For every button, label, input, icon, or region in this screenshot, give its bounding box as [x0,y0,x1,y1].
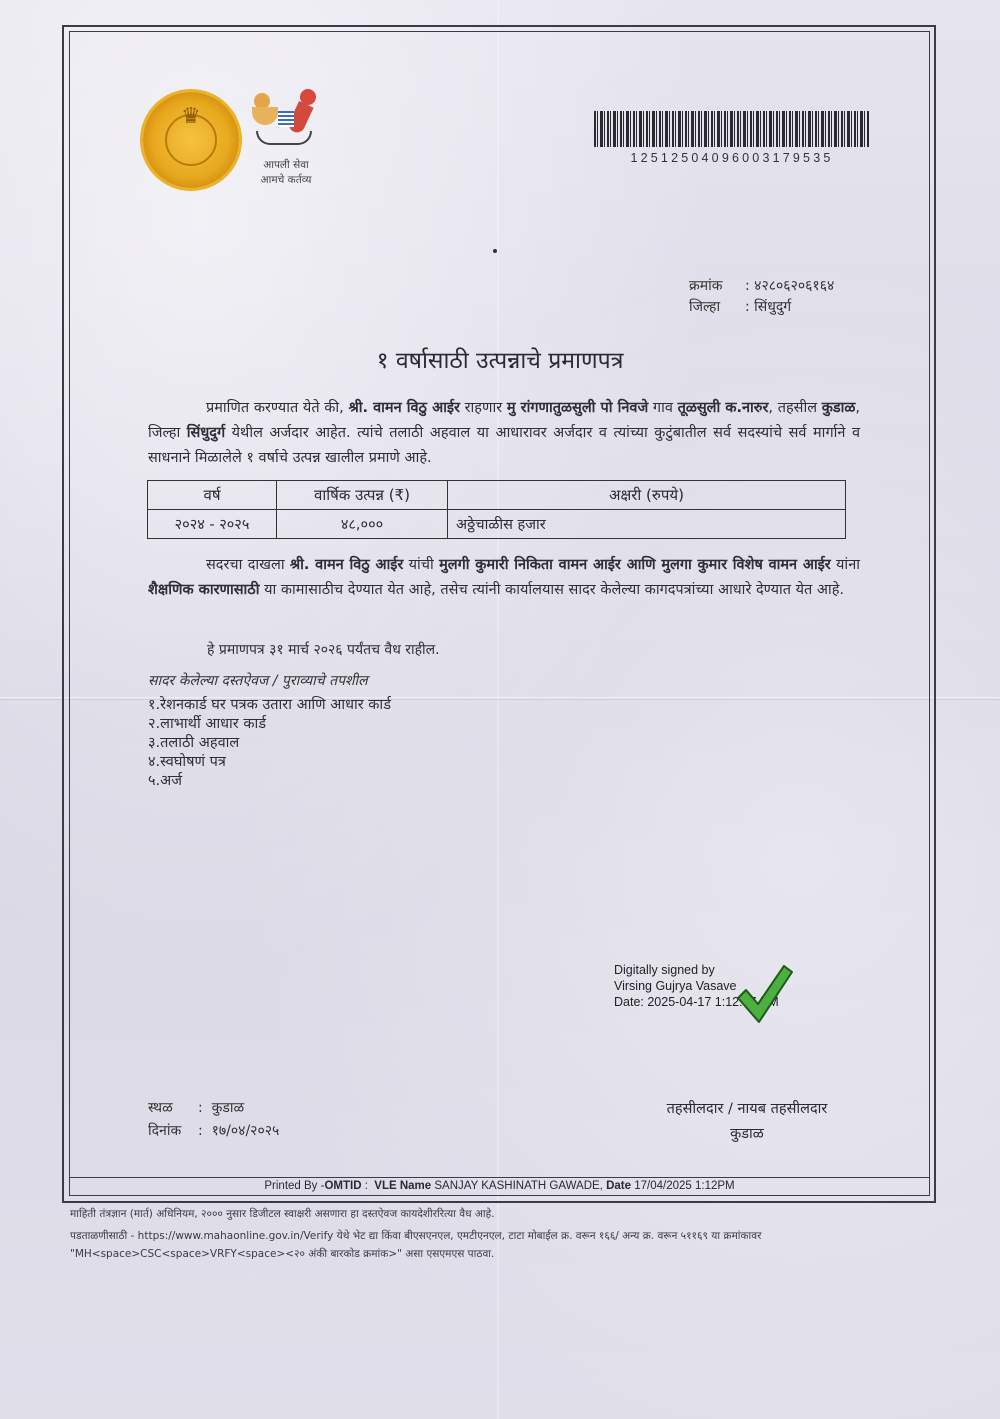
printed-date: 17/04/2025 1:12PM [634,1180,734,1192]
vle-name: SANJAY KASHINATH GAWADE, [434,1180,603,1192]
header-year: वर्ष [148,481,277,510]
officer-office: कुडाळ [612,1122,882,1147]
barcode-number: 12512504096003179535 [594,151,870,165]
place-value: कुडाळ [212,1100,245,1116]
place-label: स्थळ [148,1097,198,1120]
validity-statement: हे प्रमाणपत्र ३१ मार्च २०२६ पर्यंतच वैध … [207,640,440,659]
document-border-inner [69,31,930,1196]
footer-verification-note: पडताळणीसाठी - https://www.mahaonline.gov… [70,1227,942,1245]
table-row: २०२४ - २०२५ ४८,००० अठ्ठेचाळीस हजार [148,510,846,539]
applicant-name: श्री. वामन विठु आईर [348,400,460,416]
list-item: १.रेशनकार्ड घर पत्रक उतारा आणि आधार कार्… [148,696,391,715]
certification-paragraph: प्रमाणित करण्यात येते की, श्री. वामन विठ… [148,396,860,471]
header-in-words: अक्षरी (रुपये) [448,481,846,510]
applicant-taluka: कुडाळ [822,400,856,416]
district-value: सिंधुदुर्ग [754,299,791,315]
footer-divider [69,1177,930,1178]
list-item: २.लाभार्थी आधार कार्ड [148,715,391,734]
district-label: जिल्हा [689,297,745,318]
place-date-block: स्थळ: कुडाळ दिनांक: १७/०४/२०२५ [148,1097,279,1143]
reference-number: ४२८०६२०६१६४ [754,278,834,294]
reference-number-label: क्रमांक [689,276,745,297]
issuing-officer: तहसीलदार / नायब तहसीलदार कुडाळ [612,1097,882,1147]
date-label: दिनांक [148,1120,198,1143]
purpose: शैक्षणिक कारणासाठी [148,582,259,598]
purpose-paragraph: सदरचा दाखला श्री. वामन विठु आईर यांची मु… [148,553,860,603]
barcode [594,111,870,147]
logo-caption: आपली सेवा आमचे कर्तव्य [246,158,326,188]
cell-income-words: अठ्ठेचाळीस हजार [448,510,846,539]
income-table: वर्ष वार्षिक उत्पन्न (₹) अक्षरी (रुपये) … [147,480,846,539]
documents-list: १.रेशनकार्ड घर पत्रक उतारा आणि आधार कार्… [148,696,391,791]
officer-title: तहसीलदार / नायब तहसीलदार [612,1097,882,1122]
documents-heading: सादर केलेल्या दस्तऐवज / पुराव्याचे तपशील [148,671,368,690]
applicant-address: मु रांगणातुळसुली पो निवजे [507,400,648,416]
cell-income: ४८,००० [277,510,448,539]
beneficiaries: मुलगी कुमारी निकिता वामन आईर आणि मुलगा क… [439,557,831,573]
income-table-header: वर्ष वार्षिक उत्पन्न (₹) अक्षरी (रुपये) [148,481,846,510]
footer-sms-format: "MH<space>CSC<space>VRFY<space><२० अंकी … [70,1245,942,1263]
list-item: ३.तलाठी अहवाल [148,734,391,753]
footer-legal-note: माहिती तंत्रज्ञान (मार्त) अधिनियम, २००० … [70,1205,942,1223]
certificate-title: १ वर्षासाठी उत्पन्नाचे प्रमाणपत्र [0,343,1000,375]
reference-block: क्रमांक: ४२८०६२०६१६४ जिल्हा: सिंधुदुर्ग [689,276,834,318]
date-value: १७/०४/२०२५ [212,1123,280,1139]
signature-valid-check-icon [734,960,794,1030]
cell-year: २०२४ - २०२५ [148,510,277,539]
printed-by-line: Printed By -OMTID : VLE Name SANJAY KASH… [69,1180,930,1192]
applicant-village: तूळसुली क.नारुर [678,400,769,416]
applicant-district: सिंधुदुर्ग [187,425,225,441]
header-annual-income: वार्षिक उत्पन्न (₹) [277,481,448,510]
applicant-name-2: श्री. वामन विठु आईर [290,557,403,573]
stray-mark [493,249,497,253]
government-seal-icon: ♛ [143,92,239,188]
list-item: ५.अर्ज [148,772,391,791]
list-item: ४.स्वघोषणं पत्र [148,753,391,772]
